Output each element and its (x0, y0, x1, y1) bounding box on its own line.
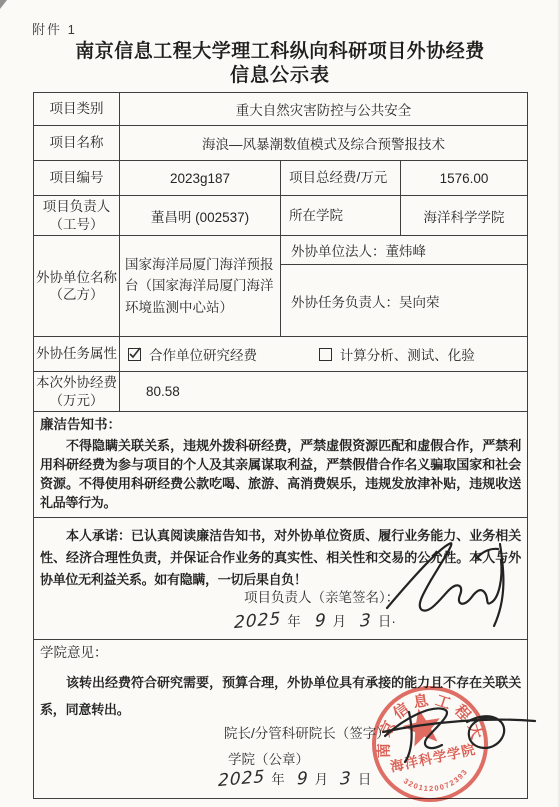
field-value-amount: 80.58 (120, 372, 528, 412)
field-label-project-no: 项目编号 (34, 161, 120, 196)
field-label-leader: 项目负责人 （工号） (34, 196, 120, 236)
form-table: 项目类别 重大自然灾害防控与公共安全 项目名称 海浪—风暴潮数值模式及综合预警报… (33, 92, 528, 799)
field-label-amount: 本次外协经费 （万元） (34, 372, 120, 412)
field-value-project-name: 海浪—风暴潮数值模式及综合预警报技术 (120, 126, 528, 161)
form-title-line1: 南京信息工程大学理工科纵向科研项目外协经费 (0, 40, 560, 64)
field-label-partner: 外协单位名称 （乙方） (34, 236, 120, 337)
commitment-date-day: 3 (360, 610, 372, 631)
opinion-date-month-unit: 月 (315, 768, 329, 788)
option-cooperation-funds-label: 合作单位研究经费 (149, 344, 257, 364)
field-label-total-budget: 项目总经费/万元 (281, 161, 401, 196)
leader-label-line2: （工号） (35, 216, 118, 234)
svg-text:3201120072393: 3201120072393 (401, 763, 473, 799)
amount-label-line1: 本次外协经费 (35, 374, 118, 392)
field-partner-legal-person: 外协单位法人：董炜峰 (281, 236, 528, 265)
checkbox-analysis-test-icon[interactable] (319, 348, 332, 361)
commitment-date-year-unit: 年 (287, 610, 301, 630)
field-value-college: 海洋科学学院 (401, 196, 528, 236)
college-opinion-date: 2025 年 9 月 3 日 (218, 768, 371, 789)
seal-college-text: 海洋科学学院 (389, 740, 477, 774)
integrity-heading: 廉洁告知书： (40, 416, 521, 435)
field-label-project-name: 项目名称 (34, 126, 120, 161)
field-value-partner-name: 国家海洋局厦门海洋预报台（国家海洋局厦门海洋环境监测中心站） (120, 236, 281, 337)
form-title: 南京信息工程大学理工科纵向科研项目外协经费 信息公示表 (0, 40, 560, 88)
college-seal-label: 学院（公章） (228, 748, 309, 768)
field-partner-task-leader: 外协任务负责人：吴向荣 (281, 265, 528, 337)
scanned-form-page: 附件 1 南京信息工程大学理工科纵向科研项目外协经费 信息公示表 项目类别 重大… (0, 0, 560, 807)
dean-sign-label: 院长/分管科研院长（签字） (224, 722, 390, 742)
college-opinion-body: 该转出经费符合研究需要，预算合理，外协单位具有承接的能力且不存在关联关系，同意转… (40, 670, 521, 723)
field-label-college: 所在学院 (281, 196, 401, 236)
integrity-notice-cell: 廉洁告知书： 不得隐瞒关联关系，违规外拨科研经费，严禁虚假资源匹配和虚假合作，严… (34, 412, 528, 517)
field-value-leader: 董昌明 (002537) (120, 196, 281, 236)
opinion-date-month: 9 (297, 768, 309, 789)
amount-label-line2: （万元） (35, 392, 118, 410)
form-title-line2: 信息公示表 (0, 64, 560, 88)
field-value-category: 重大自然灾害防控与公共安全 (120, 93, 528, 126)
opinion-date-year: 2025 (218, 766, 265, 790)
college-opinion-cell: 学院意见： 该转出经费符合研究需要，预算合理，外协单位具有承接的能力且不存在关联… (34, 639, 528, 798)
commitment-cell: 本人承诺：已认真阅读廉洁告知书，对外协单位资质、履行业务能力、业务相关性、经济合… (34, 517, 528, 639)
checkbox-cooperation-funds-icon[interactable] (128, 348, 141, 361)
opinion-date-day-unit: 日 (358, 768, 372, 788)
opinion-date-year-unit: 年 (271, 768, 285, 788)
integrity-body: 不得隐瞒关联关系，违规外拨科研经费，严禁虚假资源匹配和虚假合作，严禁利用科研经费… (40, 436, 521, 512)
field-label-task-attr: 外协任务属性 (34, 337, 120, 372)
option-cooperation-funds: 合作单位研究经费 (128, 344, 257, 364)
field-value-total-budget: 1576.00 (401, 161, 528, 196)
partner-label-line1: 外协单位名称 (35, 269, 118, 287)
seal-serial-text: 3201120072393 (401, 763, 473, 799)
commitment-date-day-unit: 日· (378, 610, 396, 630)
task-attr-options: 合作单位研究经费 计算分析、测试、化验 (120, 337, 528, 372)
partner-label-line2: （乙方） (35, 286, 118, 304)
opinion-date-day: 3 (340, 768, 352, 789)
signer-label: 项目负责人（亲笔签名）： (244, 586, 399, 606)
leader-label-line1: 项目负责人 (35, 198, 118, 216)
college-opinion-heading: 学院意见： (40, 644, 521, 663)
field-value-project-no: 2023g187 (120, 161, 281, 196)
commitment-date-year: 2025 (234, 608, 281, 632)
field-label-category: 项目类别 (34, 93, 120, 126)
attachment-label: 附件 1 (32, 19, 77, 38)
option-analysis-test-label: 计算分析、测试、化验 (340, 344, 475, 364)
option-analysis-test: 计算分析、测试、化验 (319, 344, 475, 364)
scan-corner-artifact (0, 0, 7, 9)
commitment-body: 本人承诺：已认真阅读廉洁告知书，对外协单位资质、履行业务能力、业务相关性、经济合… (40, 525, 521, 592)
commitment-date-month: 9 (315, 610, 327, 631)
commitment-date: 2025 年 9 月 3 日· (234, 610, 396, 631)
commitment-date-month-unit: 月 (333, 610, 347, 630)
